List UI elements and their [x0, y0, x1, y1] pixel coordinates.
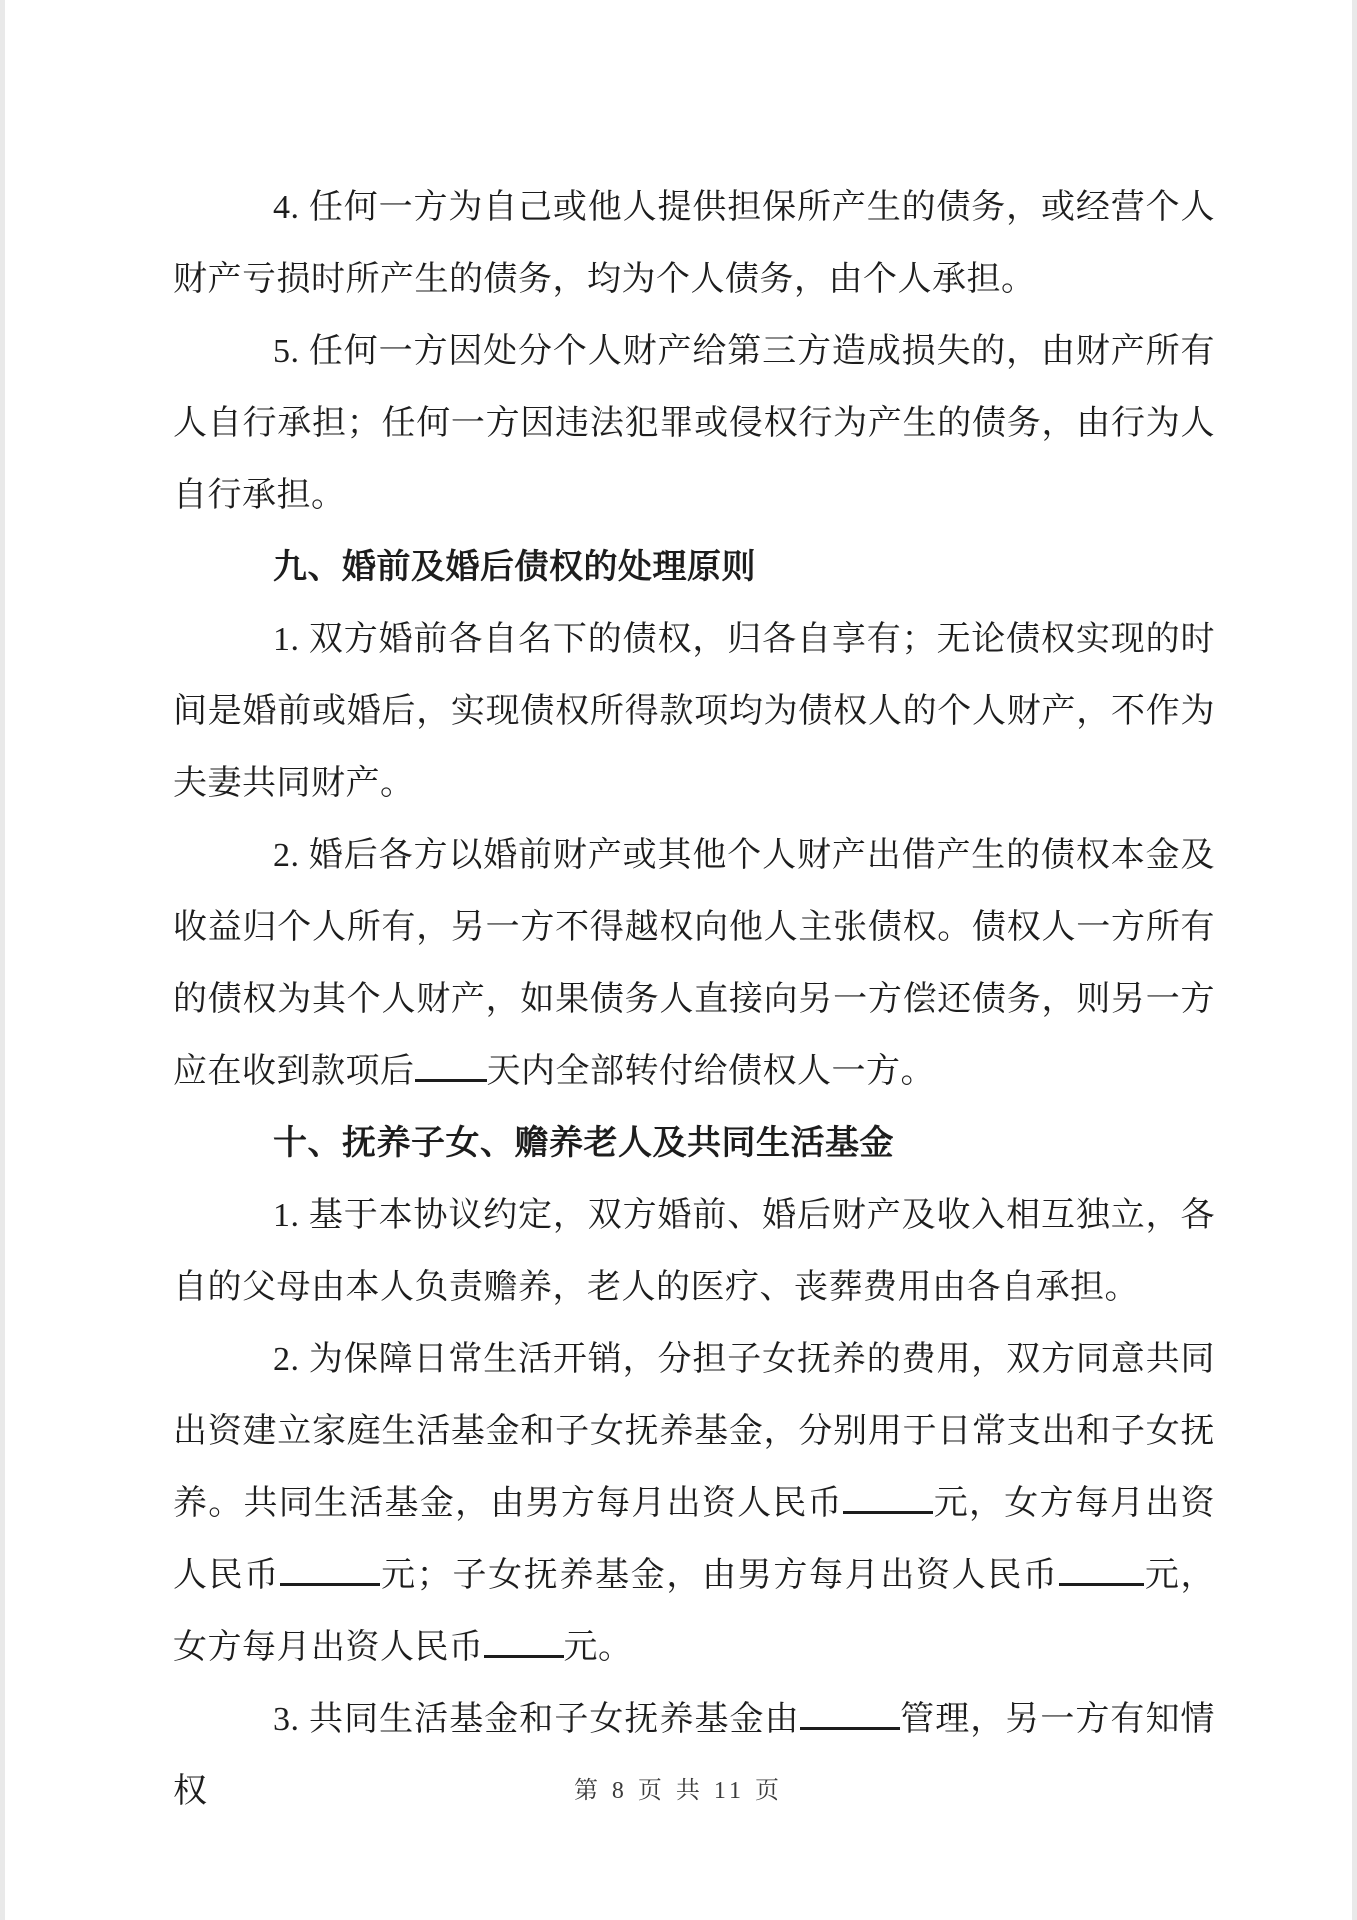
section-heading: 十、抚养子女、赡养老人及共同生活基金 [173, 1108, 1215, 1180]
paragraph: 3. 共同生活基金和子女抚养基金由管理，另一方有知情权 [173, 1684, 1215, 1828]
paragraph: 2. 为保障日常生活开销，分担子女抚养的费用，双方同意共同出资建立家庭生活基金和… [173, 1324, 1215, 1684]
fill-in-blank [484, 1627, 564, 1658]
paragraph: 1. 双方婚前各自名下的债权，归各自享有；无论债权实现的时间是婚前或婚后，实现债… [173, 604, 1215, 820]
page-footer: 第 8 页 共 11 页 [5, 1770, 1352, 1805]
fill-in-blank [1059, 1555, 1144, 1586]
paragraph: 4. 任何一方为自己或他人提供担保所产生的债务，或经营个人财产亏损时所产生的债务… [173, 172, 1215, 316]
fill-in-blank [280, 1555, 380, 1586]
fill-in-blank [843, 1483, 933, 1514]
fill-in-blank [800, 1699, 900, 1730]
paragraph: 1. 基于本协议约定，双方婚前、婚后财产及收入相互独立，各自的父母由本人负责赡养… [173, 1180, 1215, 1324]
fill-in-blank [415, 1051, 487, 1082]
paragraph: 2. 婚后各方以婚前财产或其他个人财产出借产生的债权本金及收益归个人所有，另一方… [173, 820, 1215, 1108]
document-page: 4. 任何一方为自己或他人提供担保所产生的债务，或经营个人财产亏损时所产生的债务… [5, 0, 1352, 1920]
page-number: 第 8 页 共 11 页 [574, 1778, 783, 1804]
document-body: 4. 任何一方为自己或他人提供担保所产生的债务，或经营个人财产亏损时所产生的债务… [173, 172, 1215, 1828]
paragraph: 5. 任何一方因处分个人财产给第三方造成损失的，由财产所有人自行承担；任何一方因… [173, 316, 1215, 532]
section-heading: 九、婚前及婚后债权的处理原则 [173, 532, 1215, 604]
